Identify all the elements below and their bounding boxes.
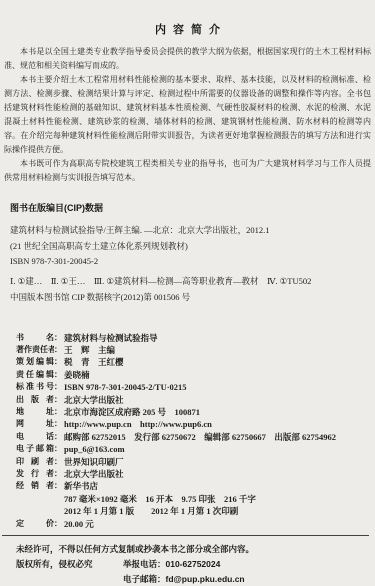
- colophon-row-colon: [54, 505, 62, 517]
- cip-classification: Ⅰ. ①建… Ⅱ. ①王… Ⅲ. ①建筑材料—检测—高等职业教育—教材 Ⅳ. ①…: [10, 274, 375, 290]
- colophon-row: 标准书号 ： ISBN 978-7-301-20045-2/TU·0215: [16, 381, 375, 393]
- colophon-row-value: 世界知识印刷厂: [62, 456, 124, 468]
- colophon-row-label: 印刷者: [16, 456, 54, 468]
- colophon-row-label: 著作责任者: [16, 344, 54, 356]
- colophon-row-value: http://www.pup.cn http://www.pup6.cn: [62, 418, 212, 430]
- summary-title: 内容简介: [0, 0, 375, 37]
- colophon-row: 著作责任者 ： 王 辉 主编: [16, 344, 375, 356]
- footer: 未经许可，不得以任何方式复制或抄袭本书之部分或全部内容。 版权所有，侵权必究 举…: [16, 543, 375, 586]
- colophon-row: 电子邮箱 ： pup_6@163.com: [16, 443, 375, 455]
- colophon-row-label: [16, 505, 54, 517]
- colophon-row-colon: ：: [54, 356, 62, 368]
- colophon-row-label: 出版者: [16, 394, 54, 406]
- cip-line: (21 世纪全国高职高专土建立体化系列规划教材): [10, 239, 375, 255]
- copyright-notice: 未经许可，不得以任何方式复制或抄袭本书之部分或全部内容。: [16, 543, 375, 556]
- colophon-row-colon: ：: [54, 418, 62, 430]
- cip-section: 图书在版编目(CIP)数据 建筑材料与检测试验指导/王辉主编. —北京：北京大学…: [10, 201, 375, 306]
- divider-rule: [2, 535, 369, 536]
- colophon-row: 电话 ： 邮购部 62752015 发行部 62750672 编辑部 62750…: [16, 431, 375, 443]
- colophon-row: 定价 ： 20.00 元: [16, 518, 375, 530]
- colophon-row-colon: ：: [54, 431, 62, 443]
- footer-contact: 举报电话：010-62752024 电子邮箱：fd@pup.pku.edu.cn: [123, 557, 245, 586]
- summary-paragraph: 本书主要介绍土木工程常用材料性能检测的基本要求、取样、基本技能，以及材料的检测标…: [4, 73, 371, 157]
- colophon-row-label: 发行者: [16, 468, 54, 480]
- summary-paragraph: 本书是以全国土建类专业教学指导委员会提供的教学大纲为依据，根据国家现行的土木工程…: [4, 45, 371, 73]
- colophon-row-colon: [54, 493, 62, 505]
- colophon-row-value: 建筑材料与检测试验指导: [62, 332, 158, 344]
- colophon-row-value: pup_6@163.com: [62, 443, 125, 455]
- colophon-row: 书名 ： 建筑材料与检测试验指导: [16, 332, 375, 344]
- colophon-row-colon: ：: [54, 443, 62, 455]
- colophon-row-value: 787 毫米×1092 毫米 16 开本 9.75 印张 216 千字: [62, 493, 256, 505]
- colophon-row-label: 定价: [16, 518, 54, 530]
- colophon-row: 责任编辑 ： 姜晓楠: [16, 369, 375, 381]
- colophon-row-colon: ：: [54, 369, 62, 381]
- colophon-row: 出版者 ： 北京大学出版社: [16, 394, 375, 406]
- colophon-rows: 书名 ： 建筑材料与检测试验指导 著作责任者 ： 王 辉 主编 策划编辑 ： 税…: [16, 332, 375, 531]
- report-phone: 举报电话：010-62752024: [123, 557, 245, 572]
- cip-lines: 建筑材料与检测试验指导/王辉主编. —北京：北京大学出版社，2012.1 (21…: [10, 223, 375, 270]
- colophon-row-value: 20.00 元: [62, 518, 94, 530]
- colophon-row-label: 责任编辑: [16, 369, 54, 381]
- colophon-row-value: 北京市海淀区成府路 205 号 100871: [62, 406, 200, 418]
- cip-heading: 图书在版编目(CIP)数据: [10, 201, 375, 214]
- contact-email: 电子邮箱：fd@pup.pku.edu.cn: [123, 572, 245, 586]
- colophon-row-value: 北京大学出版社: [62, 394, 124, 406]
- summary-paragraphs: 本书是以全国土建类专业教学指导委员会提供的教学大纲为依据，根据国家现行的土木工程…: [4, 45, 371, 185]
- colophon-row: 印刷者 ： 世界知识印刷厂: [16, 456, 375, 468]
- colophon-row-colon: ：: [54, 406, 62, 418]
- rights-statement: 版权所有，侵权必究: [16, 557, 123, 586]
- colophon-row-label: [16, 493, 54, 505]
- colophon-row-colon: ：: [54, 480, 62, 492]
- colophon-row-label: 策划编辑: [16, 356, 54, 368]
- colophon-row-label: 地址: [16, 406, 54, 418]
- summary-paragraph: 本书既可作为高职高专院校建筑工程类相关专业的指导书，也可为广大建筑材料学习与工作…: [4, 157, 371, 185]
- colophon-row: 地址 ： 北京市海淀区成府路 205 号 100871: [16, 406, 375, 418]
- colophon-row-value: 王 辉 主编: [62, 344, 115, 356]
- colophon-row-colon: ：: [54, 518, 62, 530]
- colophon-row-colon: ：: [54, 332, 62, 344]
- colophon-row: 网址 ： http://www.pup.cn http://www.pup6.c…: [16, 418, 375, 430]
- colophon-row-label: 经销者: [16, 480, 54, 492]
- cip-registry: 中国版本图书馆 CIP 数据核字(2012)第 001506 号: [10, 290, 375, 306]
- colophon-row-value: ISBN 978-7-301-20045-2/TU·0215: [62, 381, 187, 393]
- colophon-row-value: 北京大学出版社: [62, 468, 124, 480]
- colophon-row-label: 书名: [16, 332, 54, 344]
- colophon-row-label: 电子邮箱: [16, 443, 54, 455]
- colophon-row-colon: ：: [54, 456, 62, 468]
- colophon-row: 2012 年 1 月第 1 版 2012 年 1 月第 1 次印刷: [16, 505, 375, 517]
- colophon-row-colon: ：: [54, 381, 62, 393]
- cip-line: 建筑材料与检测试验指导/王辉主编. —北京：北京大学出版社，2012.1: [10, 223, 375, 239]
- colophon-row-value: 邮购部 62752015 发行部 62750672 编辑部 62750667 出…: [62, 431, 336, 443]
- colophon-row-colon: ：: [54, 468, 62, 480]
- colophon-row-value: 新华书店: [62, 480, 98, 492]
- colophon-row: 经销者 ： 新华书店: [16, 480, 375, 492]
- colophon-row-value: 姜晓楠: [62, 369, 90, 381]
- colophon-row-label: 标准书号: [16, 381, 54, 393]
- colophon-row: 发行者 ： 北京大学出版社: [16, 468, 375, 480]
- book-copyright-page: 内容简介 本书是以全国土建类专业教学指导委员会提供的教学大纲为依据，根据国家现行…: [0, 0, 375, 586]
- cip-line: ISBN 978-7-301-20045-2: [10, 254, 375, 270]
- colophon-row-value: 税 青 王红樱: [62, 356, 124, 368]
- colophon-row-colon: ：: [54, 344, 62, 356]
- colophon-row-label: 电话: [16, 431, 54, 443]
- colophon-row: 策划编辑 ： 税 青 王红樱: [16, 356, 375, 368]
- colophon-row-label: 网址: [16, 418, 54, 430]
- footer-grid: 版权所有，侵权必究 举报电话：010-62752024 电子邮箱：fd@pup.…: [16, 557, 375, 586]
- colophon-row: 787 毫米×1092 毫米 16 开本 9.75 印张 216 千字: [16, 493, 375, 505]
- colophon-row-colon: ：: [54, 394, 62, 406]
- colophon-row-value: 2012 年 1 月第 1 版 2012 年 1 月第 1 次印刷: [62, 505, 238, 517]
